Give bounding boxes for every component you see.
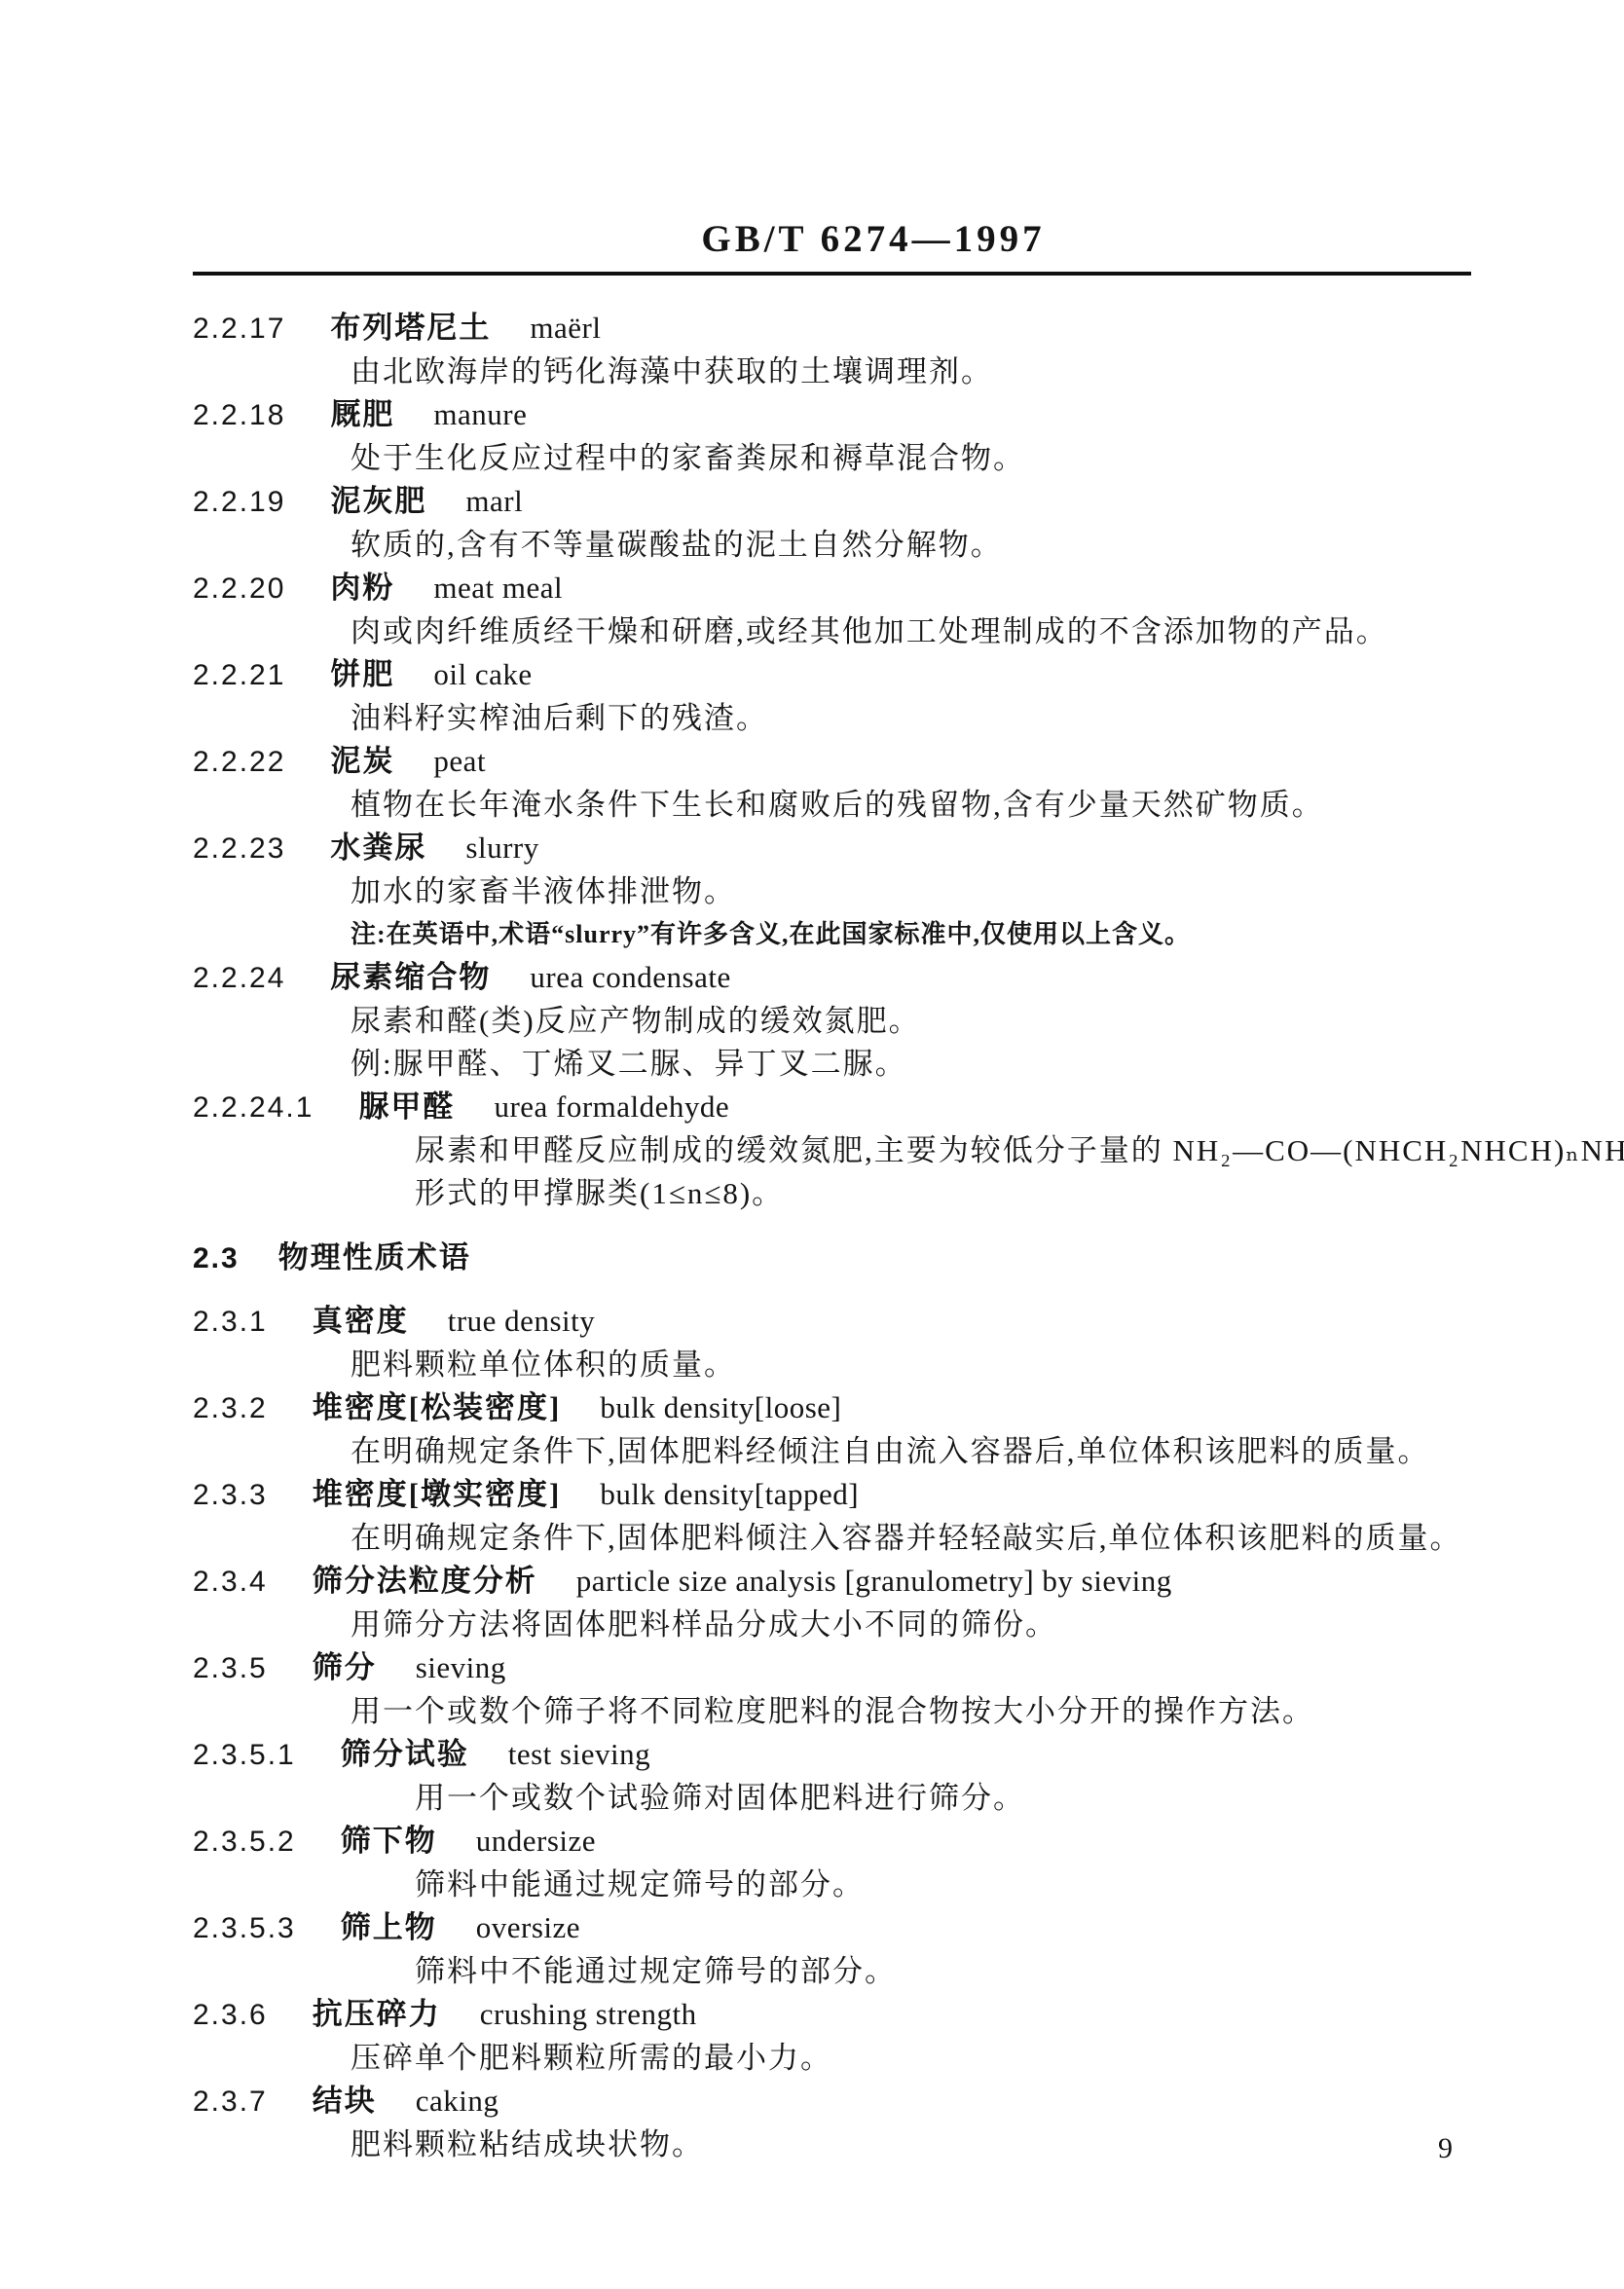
entry-number: 2.3.5.2 bbox=[193, 1826, 296, 1858]
term-en: maërl bbox=[530, 311, 601, 345]
term-entry: 2.2.21饼肥oil cake油料籽实榨油后剩下的残渣。 bbox=[193, 653, 1470, 740]
term-en: test sieving bbox=[508, 1737, 650, 1771]
term-row: 2.3.6抗压碎力crushing strength bbox=[193, 1993, 1470, 2037]
page-body: GB/T 6274—1997 2.2.17布列塔尼土maërl由北欧海岸的钙化海… bbox=[0, 0, 1624, 2166]
terms-list-fertilizer-types: 2.2.17布列塔尼土maërl由北欧海岸的钙化海藻中获取的土壤调理剂。2.2.… bbox=[193, 307, 1470, 1215]
term-zh: 堆密度[墩实密度] bbox=[313, 1477, 562, 1511]
term-row: 2.2.20肉粉meat meal bbox=[193, 567, 1470, 610]
term-en: crushing strength bbox=[480, 1997, 697, 2031]
term-en: urea formaldehyde bbox=[494, 1089, 729, 1124]
entry-number: 2.3.2 bbox=[193, 1392, 268, 1424]
term-entry: 2.2.17布列塔尼土maërl由北欧海岸的钙化海藻中获取的土壤调理剂。 bbox=[193, 307, 1470, 393]
term-en: undersize bbox=[476, 1824, 596, 1858]
definition-line: 筛料中不能通过规定筛号的部分。 bbox=[415, 1950, 1470, 1993]
term-zh: 筛上物 bbox=[341, 1910, 437, 1944]
definition-line: 例:脲甲醛、丁烯叉二脲、异丁叉二脲。 bbox=[351, 1043, 1470, 1086]
term-entry: 2.3.6抗压碎力crushing strength压碎单个肥料颗粒所需的最小力… bbox=[193, 1993, 1470, 2080]
term-en: urea condensate bbox=[530, 960, 730, 994]
entry-number: 2.3.6 bbox=[193, 1999, 268, 2031]
definition-line: 压碎单个肥料颗粒所需的最小力。 bbox=[351, 2037, 1470, 2080]
definition-line: 肥料颗粒粘结成块状物。 bbox=[351, 2123, 1470, 2166]
note-line: 注:在英语中,术语“slurry”有许多含义,在此国家标准中,仅使用以上含义。 bbox=[351, 913, 1470, 956]
entry-number: 2.2.23 bbox=[193, 832, 285, 865]
term-zh: 饼肥 bbox=[330, 657, 394, 691]
entry-number: 2.2.17 bbox=[193, 313, 285, 345]
term-zh: 筛分试验 bbox=[341, 1737, 469, 1771]
definition-line: 用一个或数个试验筛对固体肥料进行筛分。 bbox=[415, 1777, 1470, 1820]
term-row: 2.3.5.1筛分试验test sieving bbox=[193, 1733, 1470, 1777]
section-number: 2.3 bbox=[193, 1242, 240, 1274]
definition-line: 肥料颗粒单位体积的质量。 bbox=[351, 1344, 1470, 1386]
entry-number: 2.2.24 bbox=[193, 962, 285, 994]
term-en: manure bbox=[433, 397, 527, 431]
entry-number: 2.3.3 bbox=[193, 1479, 268, 1511]
term-en: sieving bbox=[416, 1650, 506, 1684]
definition-line: 在明确规定条件下,固体肥料经倾注自由流入容器后,单位体积该肥料的质量。 bbox=[351, 1430, 1470, 1473]
term-en: caking bbox=[416, 2084, 499, 2118]
entry-number: 2.3.5 bbox=[193, 1652, 268, 1684]
term-row: 2.3.1真密度true density bbox=[193, 1300, 1470, 1344]
term-row: 2.2.17布列塔尼土maërl bbox=[193, 307, 1470, 351]
definition-line: 油料籽实榨油后剩下的残渣。 bbox=[351, 697, 1470, 740]
term-row: 2.2.24尿素缩合物urea condensate bbox=[193, 956, 1470, 1000]
entry-number: 2.3.5.1 bbox=[193, 1739, 296, 1771]
term-row: 2.3.5.2筛下物undersize bbox=[193, 1820, 1470, 1864]
entry-number: 2.3.7 bbox=[193, 2086, 268, 2118]
term-row: 2.2.21饼肥oil cake bbox=[193, 653, 1470, 697]
term-entry: 2.3.1真密度true density肥料颗粒单位体积的质量。 bbox=[193, 1300, 1470, 1386]
term-zh: 肉粉 bbox=[330, 571, 394, 605]
term-zh: 布列塔尼土 bbox=[330, 311, 491, 345]
term-entry: 2.2.22泥炭peat植物在长年淹水条件下生长和腐败后的残留物,含有少量天然矿… bbox=[193, 740, 1470, 827]
section-heading: 2.3物理性质术语 bbox=[193, 1237, 1470, 1280]
term-en: bulk density[loose] bbox=[600, 1390, 841, 1424]
term-en: true density bbox=[448, 1304, 596, 1338]
entry-number: 2.2.24.1 bbox=[193, 1091, 314, 1124]
term-row: 2.3.5筛分sieving bbox=[193, 1646, 1470, 1690]
term-zh: 筛分法粒度分析 bbox=[313, 1564, 537, 1598]
standard-number-title: GB/T 6274—1997 bbox=[193, 218, 1470, 261]
entry-number: 2.3.4 bbox=[193, 1566, 268, 1598]
term-en: marl bbox=[465, 484, 523, 518]
term-entry: 2.3.5筛分sieving用一个或数个筛子将不同粒度肥料的混合物按大小分开的操… bbox=[193, 1646, 1470, 1733]
term-entry: 2.3.5.2筛下物undersize筛料中能通过规定筛号的部分。 bbox=[193, 1820, 1470, 1906]
definition-line: 尿素和甲醛反应制成的缓效氮肥,主要为较低分子量的 NH₂—CO—(NHCH₂NH… bbox=[415, 1129, 1470, 1172]
definition-line: 肉或肉纤维质经干燥和研磨,或经其他加工处理制成的不含添加物的产品。 bbox=[351, 610, 1470, 653]
term-entry: 2.3.3堆密度[墩实密度]bulk density[tapped]在明确规定条… bbox=[193, 1473, 1470, 1560]
term-en: peat bbox=[433, 744, 486, 778]
entry-number: 2.2.21 bbox=[193, 659, 285, 691]
definition-line: 由北欧海岸的钙化海藻中获取的土壤调理剂。 bbox=[351, 351, 1470, 393]
term-zh: 抗压碎力 bbox=[313, 1997, 441, 2031]
term-row: 2.2.23水粪尿slurry bbox=[193, 827, 1470, 870]
term-zh: 尿素缩合物 bbox=[330, 960, 491, 994]
term-entry: 2.2.23水粪尿slurry加水的家畜半液体排泄物。注:在英语中,术语“slu… bbox=[193, 827, 1470, 956]
header-divider bbox=[193, 272, 1471, 276]
term-entry: 2.3.5.3筛上物oversize筛料中不能通过规定筛号的部分。 bbox=[193, 1906, 1470, 1993]
entry-number: 2.3.5.3 bbox=[193, 1912, 296, 1944]
term-zh: 筛分 bbox=[313, 1650, 377, 1684]
document-page: { "header": { "title": "GB/T 6274—1997" … bbox=[0, 0, 1624, 2289]
definition-line: 尿素和醛(类)反应产物制成的缓效氮肥。 bbox=[351, 1000, 1470, 1043]
definition-line: 软质的,含有不等量碳酸盐的泥土自然分解物。 bbox=[351, 524, 1470, 567]
entry-number: 2.2.22 bbox=[193, 746, 285, 778]
definition-line: 筛料中能通过规定筛号的部分。 bbox=[415, 1864, 1470, 1906]
term-zh: 结块 bbox=[313, 2084, 377, 2118]
entry-number: 2.2.20 bbox=[193, 572, 285, 605]
term-zh: 脲甲醛 bbox=[358, 1089, 455, 1124]
term-entry: 2.3.7结块caking肥料颗粒粘结成块状物。 bbox=[193, 2080, 1470, 2166]
term-zh: 水粪尿 bbox=[330, 831, 426, 865]
term-row: 2.3.5.3筛上物oversize bbox=[193, 1906, 1470, 1950]
term-row: 2.2.22泥炭peat bbox=[193, 740, 1470, 784]
term-row: 2.3.7结块caking bbox=[193, 2080, 1470, 2123]
term-en: meat meal bbox=[433, 571, 563, 605]
term-row: 2.3.2堆密度[松装密度]bulk density[loose] bbox=[193, 1386, 1470, 1430]
term-en: oversize bbox=[476, 1910, 580, 1944]
term-en: particle size analysis [granulometry] by… bbox=[576, 1564, 1172, 1598]
entry-number: 2.2.18 bbox=[193, 399, 285, 431]
definition-line: 处于生化反应过程中的家畜粪尿和褥草混合物。 bbox=[351, 437, 1470, 480]
term-entry: 2.3.4筛分法粒度分析particle size analysis [gran… bbox=[193, 1560, 1470, 1646]
term-entry: 2.2.19泥灰肥marl软质的,含有不等量碳酸盐的泥土自然分解物。 bbox=[193, 480, 1470, 567]
term-entry: 2.2.20肉粉meat meal肉或肉纤维质经干燥和研磨,或经其他加工处理制成… bbox=[193, 567, 1470, 653]
definition-line: 形式的甲撑脲类(1≤n≤8)。 bbox=[415, 1172, 1470, 1215]
term-row: 2.3.3堆密度[墩实密度]bulk density[tapped] bbox=[193, 1473, 1470, 1517]
entry-number: 2.2.19 bbox=[193, 486, 285, 518]
term-entry: 2.3.5.1筛分试验test sieving用一个或数个试验筛对固体肥料进行筛… bbox=[193, 1733, 1470, 1820]
term-row: 2.3.4筛分法粒度分析particle size analysis [gran… bbox=[193, 1560, 1470, 1604]
definition-line: 在明确规定条件下,固体肥料倾注入容器并轻轻敲实后,单位体积该肥料的质量。 bbox=[351, 1517, 1470, 1560]
terms-content: 2.2.17布列塔尼土maërl由北欧海岸的钙化海藻中获取的土壤调理剂。2.2.… bbox=[193, 307, 1470, 2166]
term-zh: 泥灰肥 bbox=[330, 484, 426, 518]
term-zh: 厩肥 bbox=[330, 397, 394, 431]
term-row: 2.2.24.1脲甲醛urea formaldehyde bbox=[193, 1086, 1470, 1129]
definition-line: 用一个或数个筛子将不同粒度肥料的混合物按大小分开的操作方法。 bbox=[351, 1690, 1470, 1733]
term-entry: 2.2.18厩肥manure处于生化反应过程中的家畜粪尿和褥草混合物。 bbox=[193, 393, 1470, 480]
entry-number: 2.3.1 bbox=[193, 1306, 268, 1338]
term-entry: 2.2.24.1脲甲醛urea formaldehyde尿素和甲醛反应制成的缓效… bbox=[193, 1086, 1470, 1215]
term-en: bulk density[tapped] bbox=[600, 1477, 859, 1511]
definition-line: 用筛分方法将固体肥料样品分成大小不同的筛份。 bbox=[351, 1604, 1470, 1646]
term-entry: 2.3.2堆密度[松装密度]bulk density[loose]在明确规定条件… bbox=[193, 1386, 1470, 1473]
term-en: oil cake bbox=[433, 657, 532, 691]
term-row: 2.2.18厩肥manure bbox=[193, 393, 1470, 437]
term-zh: 真密度 bbox=[313, 1304, 409, 1338]
section-title: 物理性质术语 bbox=[278, 1240, 471, 1274]
terms-list-physical-properties: 2.3.1真密度true density肥料颗粒单位体积的质量。2.3.2堆密度… bbox=[193, 1300, 1470, 2166]
term-entry: 2.2.24尿素缩合物urea condensate尿素和醛(类)反应产物制成的… bbox=[193, 956, 1470, 1086]
term-zh: 堆密度[松装密度] bbox=[313, 1390, 562, 1424]
term-zh: 筛下物 bbox=[341, 1824, 437, 1858]
term-row: 2.2.19泥灰肥marl bbox=[193, 480, 1470, 524]
definition-line: 加水的家畜半液体排泄物。 bbox=[351, 870, 1470, 913]
term-en: slurry bbox=[465, 831, 538, 865]
page-number: 9 bbox=[1438, 2132, 1453, 2165]
term-zh: 泥炭 bbox=[330, 744, 394, 778]
definition-line: 植物在长年淹水条件下生长和腐败后的残留物,含有少量天然矿物质。 bbox=[351, 784, 1470, 827]
